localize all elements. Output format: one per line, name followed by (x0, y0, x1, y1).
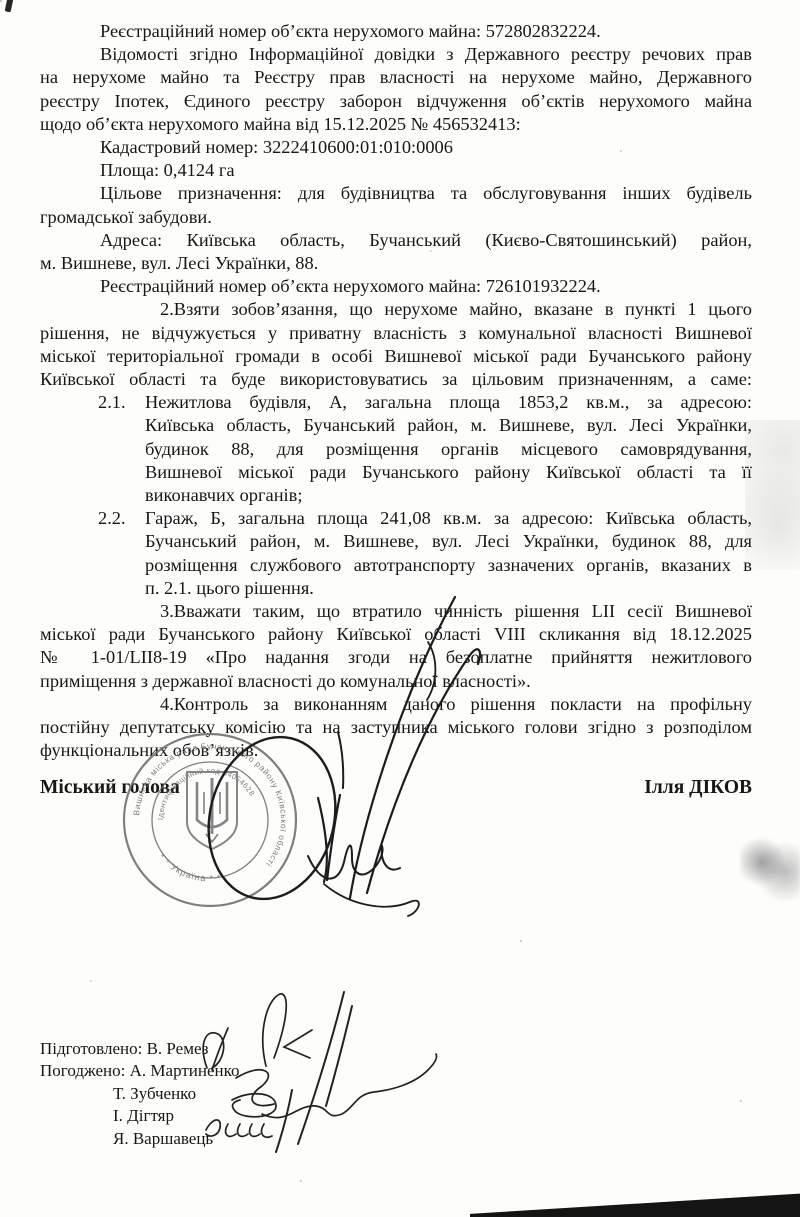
agreed-name: А. Мартиненко (130, 1061, 240, 1080)
text-line: Гараж, Б, загальна площа 241,08 кв.м. за… (145, 507, 752, 530)
paragraph-address: Адреса: Київська область, Бучанський (Ки… (40, 229, 752, 275)
text-line: № 1-01/LII8-19 «Про надання згоди на без… (40, 646, 752, 669)
text-line: Адреса: Київська область, Бучанський (Ки… (40, 229, 752, 252)
scan-artifact-smudge (745, 420, 800, 570)
text-line: Бучанський район, м. Вишневе, вул. Лесі … (145, 530, 752, 553)
item-number: 2. (100, 298, 174, 321)
text-line: постійну депутатську комісію та на засту… (40, 716, 752, 739)
item-2-1: 2.1. Нежитлова будівля, А, загальна площ… (145, 391, 752, 507)
approvals-block: Підготовлено: В. Ремез Погоджено: А. Мар… (40, 1038, 240, 1150)
text-line: приміщення з державної власності до кому… (40, 670, 752, 693)
agreed-row: Погоджено: А. Мартиненко (40, 1060, 240, 1082)
text-line: міської територіальної громади в особі В… (40, 345, 752, 368)
text-line: м. Вишневе, вул. Лесі Українки, 88. (40, 252, 752, 275)
text-line: Нежитлова будівля, А, загальна площа 185… (145, 391, 752, 414)
item-number: 2.2. (98, 507, 126, 530)
item-number: 3. (100, 600, 174, 623)
text-line: Відомості згідно Інформаційної довідки з… (40, 43, 752, 66)
scanned-document-page: Реєстраційний номер об’єкта нерухомого м… (0, 0, 800, 1217)
text-line: Вишневої міської ради Бучанського району… (145, 461, 752, 484)
text-line: 2.Взяти зобов’язання, що нерухоме майно,… (40, 298, 752, 321)
scan-artifact-smudge (740, 830, 800, 900)
item-number: 4. (100, 693, 174, 716)
text-line: Київської області та буде використовуват… (40, 368, 752, 391)
agreed-name: І. Дігтяр (40, 1105, 240, 1127)
text-line: міської ради Бучанського району Київсько… (40, 623, 752, 646)
text-line: реєстру Іпотек, Єдиного реєстру заборон … (40, 90, 752, 113)
registration-number-line-1: Реєстраційний номер об’єкта нерухомого м… (40, 20, 752, 43)
position-title: Міський голова (40, 776, 180, 799)
text-line: п. 2.1. цього рішення. (145, 577, 752, 600)
text-line: громадської забудови. (40, 206, 752, 229)
item-4: 4.Контроль за виконанням даного рішення … (40, 693, 752, 763)
agreed-name: Т. Зубченко (40, 1083, 240, 1105)
text-line: Київська область, Бучанський район, м. В… (145, 414, 752, 437)
signer-name: Ілля ДІКОВ (644, 776, 752, 799)
text-line: будинок 88, для розміщення органів місце… (145, 438, 752, 461)
scan-artifact-speckles (0, 0, 2, 2)
text-line: рішення, не відчужується у приватну влас… (40, 322, 752, 345)
svg-text:* * Україна * *: * * Україна * * (157, 852, 223, 884)
paragraph-purpose: Цільове призначення: для будівництва та … (40, 182, 752, 228)
stamp-bottom-text: * * Україна * * (157, 852, 223, 884)
text-line: функціональних обов’язків. (40, 739, 752, 762)
text-line: 3.Вважати таким, що втратило чинність рі… (40, 600, 752, 623)
text-line: розміщення службового автотранспорту заз… (145, 554, 752, 577)
item-3: 3.Вважати таким, що втратило чинність рі… (40, 600, 752, 693)
cadastral-number-line: Кадастровий номер: 3222410600:01:010:000… (40, 136, 752, 159)
area-line: Площа: 0,4124 га (40, 159, 752, 182)
text-line: на нерухоме майно та Реєстру прав власно… (40, 66, 752, 89)
prepared-row: Підготовлено: В. Ремез (40, 1038, 240, 1060)
paragraph-registry-info: Відомості згідно Інформаційної довідки з… (40, 43, 752, 136)
item-2-2: 2.2. Гараж, Б, загальна площа 241,08 кв.… (145, 507, 752, 600)
item-number: 2.1. (98, 391, 126, 414)
document-body: Реєстраційний номер об’єкта нерухомого м… (40, 20, 752, 799)
text-line: виконавчих органів; (145, 484, 752, 507)
agreed-name: Я. Варшавець (40, 1128, 240, 1150)
item-2: 2.Взяти зобов’язання, що нерухоме майно,… (40, 298, 752, 391)
prepared-name: В. Ремез (147, 1039, 209, 1058)
text-line: Цільове призначення: для будівництва та … (40, 182, 752, 205)
text-line: 4.Контроль за виконанням даного рішення … (40, 693, 752, 716)
text-line: щодо об’єкта нерухомого майна від 15.12.… (40, 113, 752, 136)
registration-number-line-2: Реєстраційний номер об’єкта нерухомого м… (40, 275, 752, 298)
signature-row: Міський голова Ілля ДІКОВ (40, 776, 752, 799)
scan-artifact-corner-mark (5, 0, 14, 12)
scan-artifact-black-edge (470, 1191, 800, 1217)
